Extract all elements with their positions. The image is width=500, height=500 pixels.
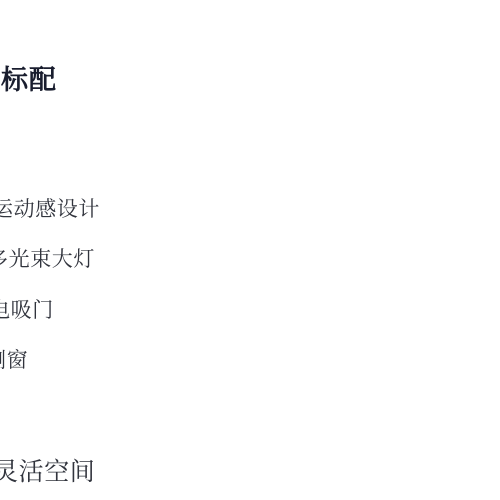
section-title-flexible-space: 灵活空间 [0, 460, 95, 485]
feature-item-multibeam-headlights: 多光束大灯 [0, 249, 95, 270]
feature-item-side-windows: 侧窗 [0, 350, 28, 371]
feature-item-soft-close-doors: 电吸门 [0, 300, 54, 321]
section-title-standard-equipment: 标配 [1, 66, 57, 96]
page: 标配 运动感设计 多光束大灯 电吸门 侧窗 灵活空间 [0, 0, 500, 500]
feature-item-sporty-design: 运动感设计 [0, 199, 100, 220]
